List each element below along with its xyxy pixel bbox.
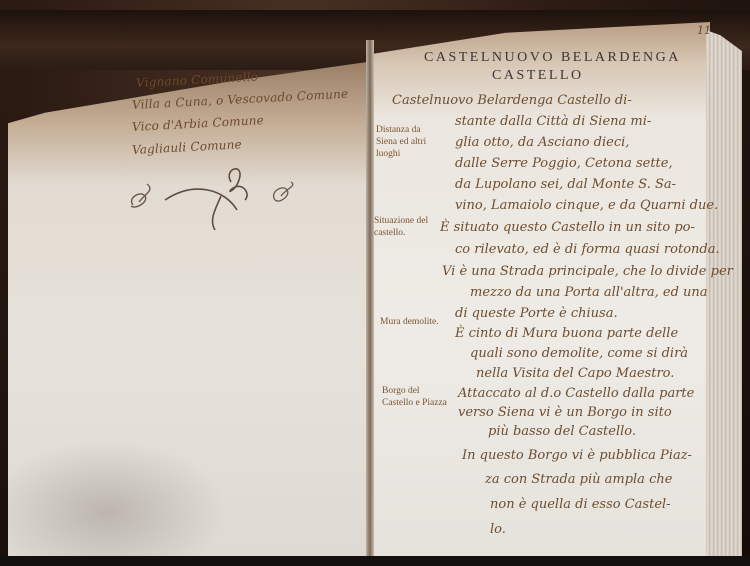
margin-note: Situazione del castello. — [374, 215, 438, 239]
body-line: Castelnuovo Belardenga Castello di- — [392, 93, 632, 108]
margin-note: Distanza da Siena ed altri luoghi — [376, 124, 440, 160]
body-line: di queste Porte è chiusa. — [455, 306, 618, 321]
body-line: più basso del Castello. — [488, 424, 636, 439]
margin-note: Borgo del Castello e Piazza — [382, 385, 452, 409]
body-line: Vi è una Strada principale, che lo divid… — [442, 264, 733, 279]
body-line: In questo Borgo vi è pubblica Piaz- — [462, 448, 692, 463]
body-line: stante dalla Città di Siena mi- — [455, 114, 651, 129]
body-line: non è quella di esso Castel- — [490, 497, 671, 512]
body-line: da Lupolano sei, dal Monte S. Sa- — [455, 177, 676, 192]
flourish-mark-icon — [125, 160, 315, 230]
body-line: co rilevato, ed è di forma quasi rotonda… — [455, 242, 720, 257]
page-title: CASTELNUOVO BELARDENGA — [424, 50, 681, 66]
page-edges — [706, 30, 742, 558]
body-line: È situato questo Castello in un sito po- — [440, 220, 695, 235]
hand-shadow — [8, 440, 228, 560]
folio-number: 11 — [697, 24, 711, 37]
body-line: È cinto di Mura buona parte delle — [455, 326, 678, 341]
body-line: Attaccato al d.o Castello dalla parte — [458, 386, 694, 401]
body-line: quali sono demolite, come si dirà — [470, 346, 688, 361]
body-line: glia otto, da Asciano dieci, — [455, 135, 629, 150]
body-line: dalle Serre Poggio, Cetona sette, — [455, 156, 673, 171]
open-manuscript-book: Vignano Comunello Villa a Cuna, o Vescov… — [0, 0, 750, 566]
body-line: mezzo da una Porta all'altra, ed una — [470, 285, 708, 300]
margin-note: Mura demolite. — [380, 316, 440, 328]
body-line: nella Visita del Capo Maestro. — [476, 366, 674, 381]
body-line: vino, Lamaiolo cinque, e da Quarni due. — [455, 198, 718, 213]
body-line: verso Siena vi è un Borgo in sito — [458, 405, 672, 420]
table-edge — [0, 556, 750, 566]
body-line: za con Strada più ampla che — [485, 472, 672, 487]
page-subtitle: CASTELLO — [492, 68, 584, 84]
book-gutter — [366, 40, 374, 560]
body-line: lo. — [490, 522, 506, 537]
